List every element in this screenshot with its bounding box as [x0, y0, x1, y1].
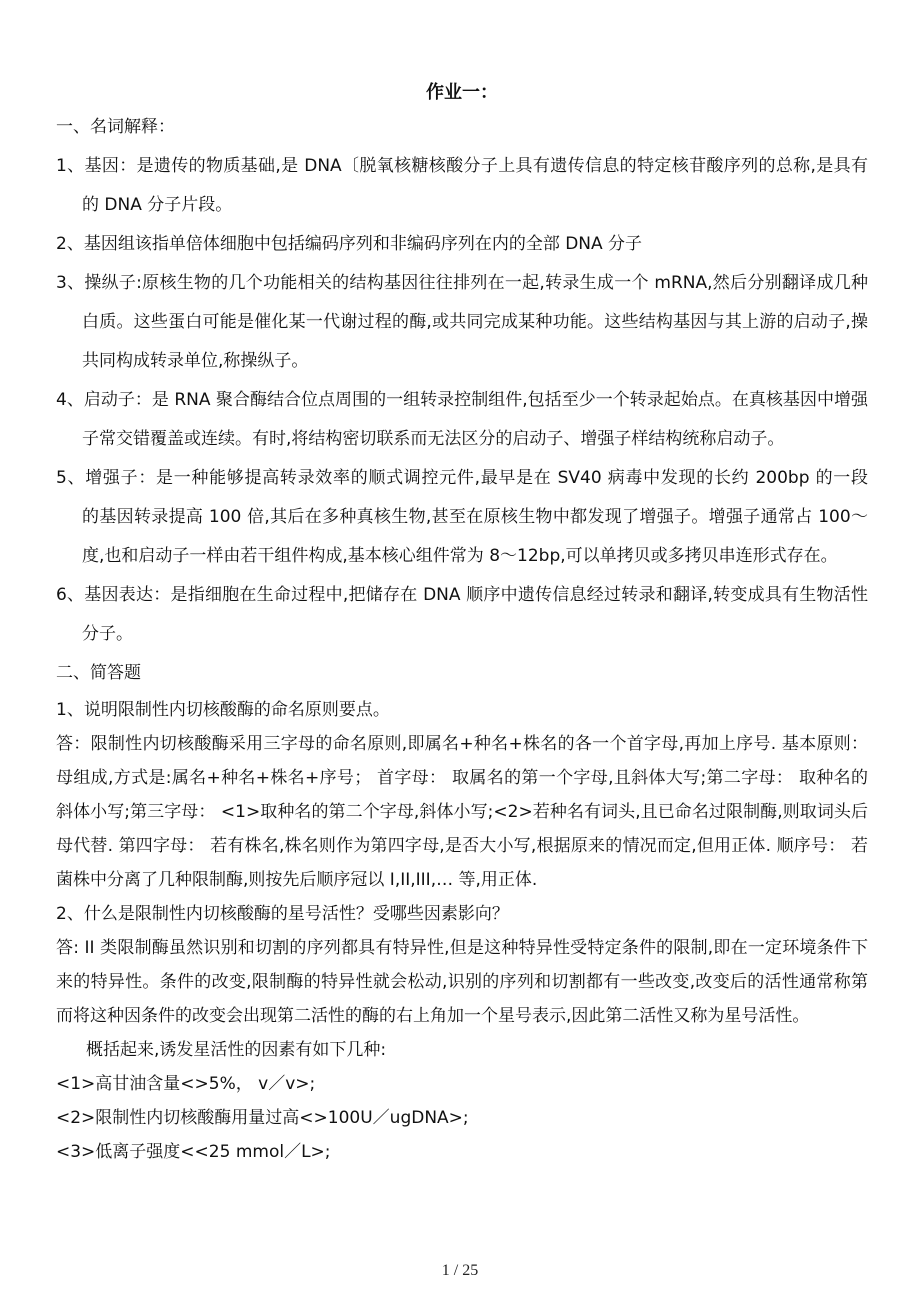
factor-line: <2>限制性内切核酸酶用量过高<>100U／ugDNA>;: [56, 1101, 868, 1135]
answer-line: 答：限制性内切核酸酶采用三字母的命名原则,即属名+种名+株名的各一个首字母,再加…: [56, 727, 868, 761]
document-content: 作业一： 一、名词解释： 1、基因：是遗传的物质基础,是 DNA〔脱氧核糖核酸分…: [56, 78, 868, 1169]
term-item-line: 3、操纵子:原核生物的几个功能相关的结构基因往往排列在一起,转录生成一个 mRN…: [56, 264, 868, 303]
term-item-line: 的 DNA 分子片段。: [56, 186, 868, 225]
factor-line: <3>低离子强度<<25 mmol／L>;: [56, 1135, 868, 1169]
document-title: 作业一：: [56, 78, 868, 108]
answer-line: 菌株中分离了几种限制酶,则按先后顺序冠以 I,II,III,… 等,用正体.: [56, 863, 868, 897]
question-line: 2、什么是限制性内切核酸酶的星号活性？受哪些因素影向？: [56, 897, 868, 931]
term-item-line: 子常交错覆盖或连续。有时,将结构密切联系而无法区分的启动子、增强子样结构统称启动…: [56, 420, 868, 459]
document-page: 作业一： 一、名词解释： 1、基因：是遗传的物质基础,是 DNA〔脱氧核糖核酸分…: [0, 0, 920, 1302]
section-heading-short-answer: 二、简答题: [56, 654, 868, 693]
answer-line: 而将这种因条件的改变会出现第二活性的酶的右上角加一个星号表示,因此第二活性又称为…: [56, 999, 868, 1033]
term-item-line: 白质。这些蛋白可能是催化某一代谢过程的酶,或共同完成某种功能。这些结构基因与其上…: [56, 303, 868, 342]
term-item-line: 的基因转录提高 100 倍,其后在多种真核生物,甚至在原核生物中都发现了增强子。…: [56, 498, 868, 537]
term-item-line: 5、增强子：是一种能够提高转录效率的顺式调控元件,最早是在 SV40 病毒中发现…: [56, 459, 868, 498]
note-line: 概括起来,诱发星活性的因素有如下几种:: [56, 1033, 868, 1067]
term-item-line: 4、启动子：是 RNA 聚合酶结合位点周围的一组转录控制组件,包括至少一个转录起…: [56, 381, 868, 420]
term-item-line: 分子。: [56, 615, 868, 654]
term-item-line: 2、基因组该指单倍体细胞中包括编码序列和非编码序列在内的全部 DNA 分子: [56, 225, 868, 264]
term-item-line: 6、基因表达：是指细胞在生命过程中,把储存在 DNA 顺序中遗传信息经过转录和翻…: [56, 576, 868, 615]
factor-line: <1>高甘油含量<>5%， v／v>;: [56, 1067, 868, 1101]
term-item-line: 1、基因：是遗传的物质基础,是 DNA〔脱氧核糖核酸分子上具有遗传信息的特定核苷…: [56, 147, 868, 186]
answer-line: 来的特异性。条件的改变,限制酶的特异性就会松动,识别的序列和切割都有一些改变,改…: [56, 965, 868, 999]
page-number: 1 / 25: [0, 1262, 920, 1280]
term-item-line: 共同构成转录单位,称操纵子。: [56, 342, 868, 381]
answer-line: 母代替. 第四字母： 若有株名,株名则作为第四字母,是否大小写,根据原来的情况而…: [56, 829, 868, 863]
answer-line: 斜体小写;第三字母： <1>取种名的第二个字母,斜体小写;<2>若种名有词头,且…: [56, 795, 868, 829]
question-line: 1、说明限制性内切核酸酶的命名原则要点。: [56, 693, 868, 727]
answer-line: 答: II 类限制酶虽然识别和切割的序列都具有特异性,但是这种特异性受特定条件的…: [56, 931, 868, 965]
term-item-line: 度,也和启动子一样由若干组件构成,基本核心组件常为 8～12bp,可以单拷贝或多…: [56, 537, 868, 576]
section-heading-terms: 一、名词解释：: [56, 108, 868, 147]
answer-line: 母组成,方式是:属名+种名+株名+序号； 首字母： 取属名的第一个字母,且斜体大…: [56, 761, 868, 795]
